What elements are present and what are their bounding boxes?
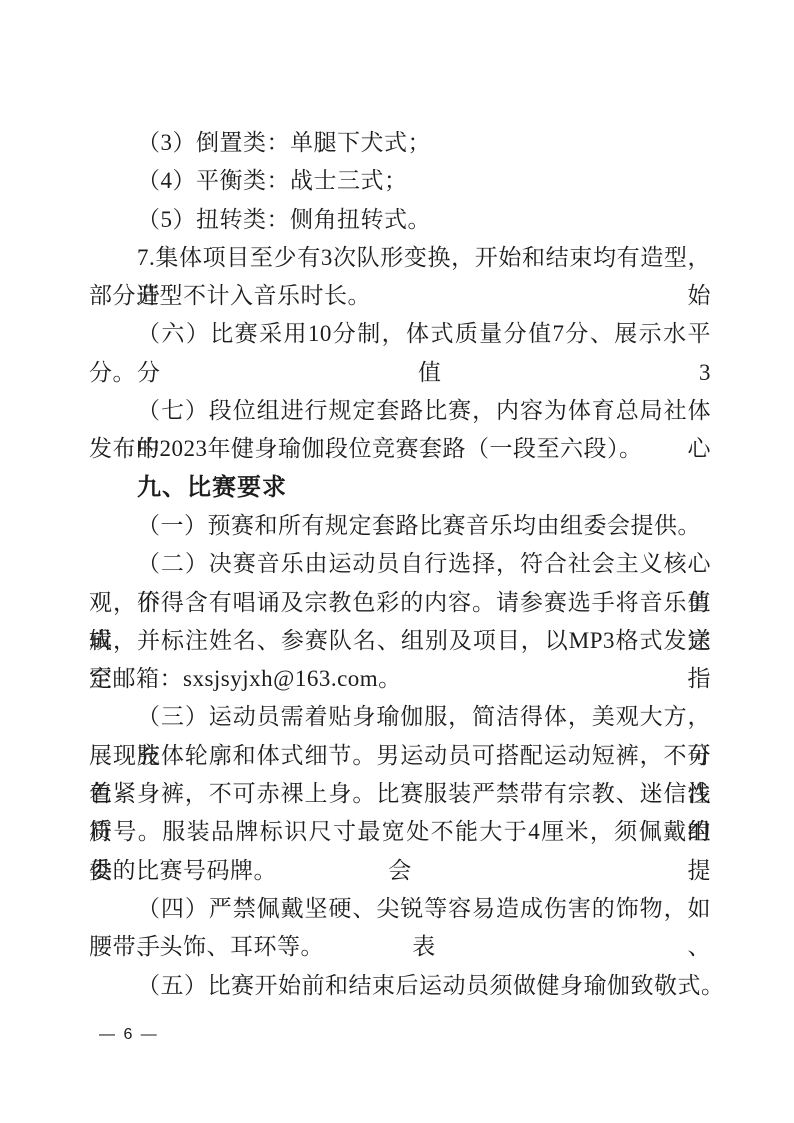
- text-line: （4）平衡类：战士三式；: [89, 162, 711, 200]
- document-page: （3）倒置类：单腿下犬式；（4）平衡类：战士三式；（5）扭转类：侧角扭转式。7.…: [0, 0, 794, 1123]
- text-line: （3）倒置类：单腿下犬式；: [89, 124, 711, 162]
- text-line: 观，不得含有唱诵及宗教色彩的内容。请参赛选手将音乐剪辑完: [89, 584, 711, 622]
- text-line: 成，并标注姓名、参赛队名、组别及项目，以MP3格式发送至指: [89, 622, 711, 660]
- text-line: （二）决赛音乐由运动员自行选择，符合社会主义核心价值: [89, 545, 711, 583]
- text-line: （四）严禁佩戴坚硬、尖锐等容易造成伤害的饰物，如手表、: [89, 890, 711, 928]
- text-line: （五）比赛开始前和结束后运动员须做健身瑜伽致敬式。: [89, 967, 711, 1005]
- text-line: 7.集体项目至少有3次队形变换，开始和结束均有造型，开始: [89, 239, 711, 277]
- section-heading: 九、比赛要求: [89, 469, 711, 507]
- text-line: 展现肢体轮廓和体式细节。男运动员可搭配运动短裤，不可着浅: [89, 737, 711, 775]
- text-line: 发布的2023年健身瑜伽段位竞赛套路（一段至六段）。: [89, 430, 711, 468]
- text-line: 色紧身裤，不可赤裸上身。比赛服装严禁带有宗教、迷信性质的: [89, 775, 711, 813]
- text-line: 符号。服装品牌标识尺寸最宽处不能大于4厘米，须佩戴组委会提: [89, 813, 711, 851]
- text-line: （一）预赛和所有规定套路比赛音乐均由组委会提供。: [89, 507, 711, 545]
- text-line: （三）运动员需着贴身瑜伽服，简洁得体，美观大方，充分: [89, 698, 711, 736]
- text-line: （5）扭转类：侧角扭转式。: [89, 201, 711, 239]
- text-line: （六）比赛采用10分制，体式质量分值7分、展示水平分值3: [89, 315, 711, 353]
- text-line: （七）段位组进行规定套路比赛，内容为体育总局社体中心: [89, 392, 711, 430]
- document-body: （3）倒置类：单腿下犬式；（4）平衡类：战士三式；（5）扭转类：侧角扭转式。7.…: [89, 124, 711, 1005]
- page-number: — 6 —: [99, 1026, 159, 1044]
